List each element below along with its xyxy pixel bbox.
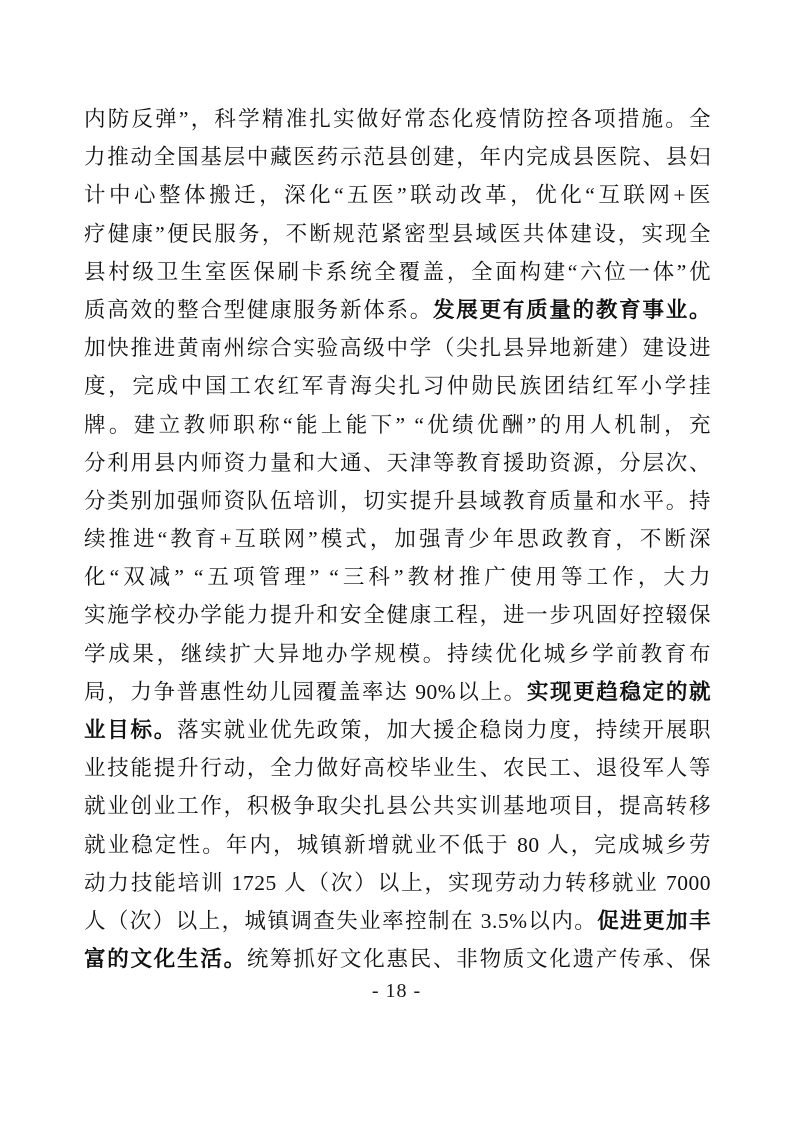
text-run: 就业创业工作，积极争取尖扎县公共实训基地项目，提高转移 bbox=[84, 794, 711, 818]
text-line: 牌。建立教师职称“能上能下” “优绩优酬”的用人机制，充 bbox=[84, 406, 711, 444]
text-run-bold: 业目标。 bbox=[84, 718, 177, 742]
text-run: 实施学校办学能力提升和安全健康工程，进一步巩固好控辍保 bbox=[84, 603, 711, 627]
text-run: 分利用县内师资力量和大通、天津等教育援助资源，分层次、 bbox=[84, 451, 711, 475]
text-line: 局，力争普惠性幼儿园覆盖率达 90%以上。实现更趋稳定的就 bbox=[84, 673, 711, 711]
text-line: 疗健康”便民服务，不断规范紧密型县域医共体建设，实现全 bbox=[84, 215, 711, 253]
text-line: 县村级卫生室医保刷卡系统全覆盖，全面构建“六位一体”优 bbox=[84, 253, 711, 291]
text-run: 学成果，继续扩大异地办学规模。持续优化城乡学前教育布 bbox=[84, 642, 711, 666]
text-run-bold: 促进更加丰 bbox=[597, 909, 711, 933]
text-line: 质高效的整合型健康服务新体系。发展更有质量的教育事业。 bbox=[84, 291, 711, 329]
text-line: 动力技能培训 1725 人（次）以上，实现劳动力转移就业 7000 bbox=[84, 864, 711, 902]
text-run: 计中心整体搬迁，深化“五医”联动改革，优化“互联网+医 bbox=[84, 183, 711, 207]
text-line: 业技能提升行动，全力做好高校毕业生、农民工、退役军人等 bbox=[84, 749, 711, 787]
text-run: 统筹抓好文化惠民、非物质文化遗产传承、保 bbox=[247, 947, 711, 971]
page-number: - 18 - bbox=[0, 980, 793, 1003]
text-line: 计中心整体搬迁，深化“五医”联动改革，优化“互联网+医 bbox=[84, 176, 711, 214]
text-line: 富的文化生活。统筹抓好文化惠民、非物质文化遗产传承、保 bbox=[84, 940, 711, 978]
text-line: 化“双减” “五项管理” “三科”教材推广使用等工作，大力 bbox=[84, 558, 711, 596]
text-run: 力推动全国基层中藏医药示范县创建，年内完成县医院、县妇 bbox=[84, 145, 711, 169]
text-run: 内防反弹”，科学精准扎实做好常态化疫情防控各项措施。全 bbox=[84, 107, 711, 131]
text-line: 业目标。落实就业优先政策，加大援企稳岗力度，持续开展职 bbox=[84, 711, 711, 749]
text-line: 学成果，继续扩大异地办学规模。持续优化城乡学前教育布 bbox=[84, 635, 711, 673]
text-run: 疗健康”便民服务，不断规范紧密型县域医共体建设，实现全 bbox=[84, 222, 711, 246]
text-run: 局，力争普惠性幼儿园覆盖率达 90%以上。 bbox=[84, 680, 527, 704]
text-line: 度，完成中国工农红军青海尖扎习仲勋民族团结红军小学挂 bbox=[84, 367, 711, 405]
text-run: 人（次）以上，城镇调查失业率控制在 3.5%以内。 bbox=[84, 909, 597, 933]
text-run: 业技能提升行动，全力做好高校毕业生、农民工、退役军人等 bbox=[84, 756, 711, 780]
text-line: 续推进“教育+互联网”模式，加强青少年思政教育，不断深 bbox=[84, 520, 711, 558]
text-line: 就业创业工作，积极争取尖扎县公共实训基地项目，提高转移 bbox=[84, 787, 711, 825]
text-line: 内防反弹”，科学精准扎实做好常态化疫情防控各项措施。全 bbox=[84, 100, 711, 138]
text-run-bold: 发展更有质量的教育事业。 bbox=[433, 298, 711, 322]
text-run: 牌。建立教师职称“能上能下” “优绩优酬”的用人机制，充 bbox=[84, 413, 711, 437]
text-run: 质高效的整合型健康服务新体系。 bbox=[84, 298, 433, 322]
text-run-bold: 富的文化生活。 bbox=[84, 947, 247, 971]
text-run: 动力技能培训 1725 人（次）以上，实现劳动力转移就业 7000 bbox=[84, 871, 711, 895]
text-run: 县村级卫生室医保刷卡系统全覆盖，全面构建“六位一体”优 bbox=[84, 260, 711, 284]
text-run: 续推进“教育+互联网”模式，加强青少年思政教育，不断深 bbox=[84, 527, 711, 551]
text-run-bold: 实现更趋稳定的就 bbox=[527, 680, 711, 704]
text-run: 化“双减” “五项管理” “三科”教材推广使用等工作，大力 bbox=[84, 565, 711, 589]
text-line: 分利用县内师资力量和大通、天津等教育援助资源，分层次、 bbox=[84, 444, 711, 482]
text-line: 加快推进黄南州综合实验高级中学（尖扎县异地新建）建设进 bbox=[84, 329, 711, 367]
text-run: 就业稳定性。年内，城镇新增就业不低于 80 人，完成城乡劳 bbox=[84, 833, 711, 857]
text-run: 分类别加强师资队伍培训，切实提升县域教育质量和水平。持 bbox=[84, 489, 711, 513]
text-line: 人（次）以上，城镇调查失业率控制在 3.5%以内。促进更加丰 bbox=[84, 902, 711, 940]
text-line: 实施学校办学能力提升和安全健康工程，进一步巩固好控辍保 bbox=[84, 596, 711, 634]
text-line: 分类别加强师资队伍培训，切实提升县域教育质量和水平。持 bbox=[84, 482, 711, 520]
text-line: 就业稳定性。年内，城镇新增就业不低于 80 人，完成城乡劳 bbox=[84, 826, 711, 864]
text-run: 度，完成中国工农红军青海尖扎习仲勋民族团结红军小学挂 bbox=[84, 374, 711, 398]
document-page: 内防反弹”，科学精准扎实做好常态化疫情防控各项措施。全力推动全国基层中藏医药示范… bbox=[0, 0, 793, 1122]
body-text: 内防反弹”，科学精准扎实做好常态化疫情防控各项措施。全力推动全国基层中藏医药示范… bbox=[84, 100, 711, 978]
text-run: 落实就业优先政策，加大援企稳岗力度，持续开展职 bbox=[177, 718, 711, 742]
text-line: 力推动全国基层中藏医药示范县创建，年内完成县医院、县妇 bbox=[84, 138, 711, 176]
text-run: 加快推进黄南州综合实验高级中学（尖扎县异地新建）建设进 bbox=[84, 336, 711, 360]
